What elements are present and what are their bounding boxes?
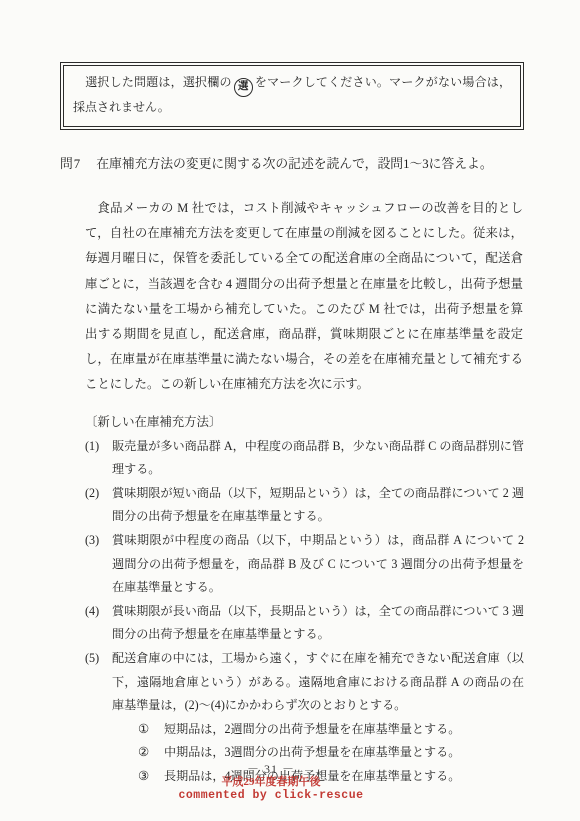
circled-sen-mark: 選 bbox=[234, 78, 253, 97]
rule-item-5: (5) 配送倉庫の中には，工場から遠く，すぐに在庫を補充できない配送倉庫（以下，… bbox=[85, 647, 524, 718]
rule-item-2-marker: (2) bbox=[85, 482, 99, 506]
sub-item-1-marker: ① bbox=[138, 718, 149, 742]
rule-item-4-marker: (4) bbox=[85, 600, 99, 624]
rule-item-1: (1) 販売量が多い商品群 A，中程度の商品群 B，少ない商品群 C の商品群別… bbox=[85, 435, 524, 482]
sub-item-1: ① 短期品は，2週間分の出荷予想量を在庫基準量とする。 bbox=[138, 718, 524, 742]
page-footer: － 31 － 平成29年度春期午後 commented by click-res… bbox=[0, 762, 542, 803]
commenter-credit-watermark: commented by click-rescue bbox=[0, 789, 542, 803]
rule-item-2-text: 賞味期限が短い商品（以下，短期品という）は，全ての商品群について 2 週間分の出… bbox=[112, 486, 524, 524]
sub-item-1-text: 短期品は，2週間分の出荷予想量を在庫基準量とする。 bbox=[164, 722, 460, 736]
selection-notice-box: 選択した問題は，選択欄の選をマークしてください。マークがない場合は，採点されませ… bbox=[60, 62, 524, 130]
rule-item-3-text: 賞味期限が中程度の商品（以下，中期品という）は，商品群 A について 2 週間分… bbox=[112, 533, 524, 594]
question-number: 問7 bbox=[60, 157, 81, 171]
exam-edition-watermark: 平成29年度春期午後 bbox=[0, 776, 542, 789]
page-content: 選択した問題は，選択欄の選をマークしてください。マークがない場合は，採点されませ… bbox=[60, 62, 524, 789]
question-heading: 問7在庫補充方法の変更に関する次の記述を読んで，設問1～3に答えよ。 bbox=[60, 153, 524, 172]
section-heading: 〔新しい在庫補充方法〕 bbox=[85, 410, 524, 434]
rule-item-4: (4) 賞味期限が長い商品（以下，長期品という）は，全ての商品群について 3 週… bbox=[85, 600, 524, 647]
rule-item-3-marker: (3) bbox=[85, 529, 99, 553]
rule-item-5-marker: (5) bbox=[85, 647, 99, 671]
rule-item-4-text: 賞味期限が長い商品（以下，長期品という）は，全ての商品群について 3 週間分の出… bbox=[112, 604, 524, 642]
body-paragraph: 食品メーカの M 社では，コスト削減やキャッシュフローの改善を目的として，自社の… bbox=[85, 196, 523, 398]
page-number: － 31 － bbox=[0, 762, 542, 776]
rule-item-3: (3) 賞味期限が中程度の商品（以下，中期品という）は，商品群 A について 2… bbox=[85, 529, 524, 600]
rule-list: (1) 販売量が多い商品群 A，中程度の商品群 B，少ない商品群 C の商品群別… bbox=[85, 435, 524, 789]
notice-text-pre: 選択した問題は，選択欄の bbox=[73, 75, 232, 89]
question-title: 在庫補充方法の変更に関する次の記述を読んで，設問1～3に答えよ。 bbox=[96, 157, 492, 171]
exam-page: 選択した問題は，選択欄の選をマークしてください。マークがない場合は，採点されませ… bbox=[0, 0, 580, 821]
rule-item-2: (2) 賞味期限が短い商品（以下，短期品という）は，全ての商品群について 2 週… bbox=[85, 482, 524, 529]
rule-item-1-text: 販売量が多い商品群 A，中程度の商品群 B，少ない商品群 C の商品群別に管理す… bbox=[112, 439, 524, 477]
sub-item-2-text: 中期品は，3週間分の出荷予想量を在庫基準量とする。 bbox=[164, 745, 460, 759]
rule-item-1-marker: (1) bbox=[85, 435, 99, 459]
rule-item-5-text: 配送倉庫の中には，工場から遠く，すぐに在庫を補充できない配送倉庫（以下，遠隔地倉… bbox=[112, 651, 524, 712]
